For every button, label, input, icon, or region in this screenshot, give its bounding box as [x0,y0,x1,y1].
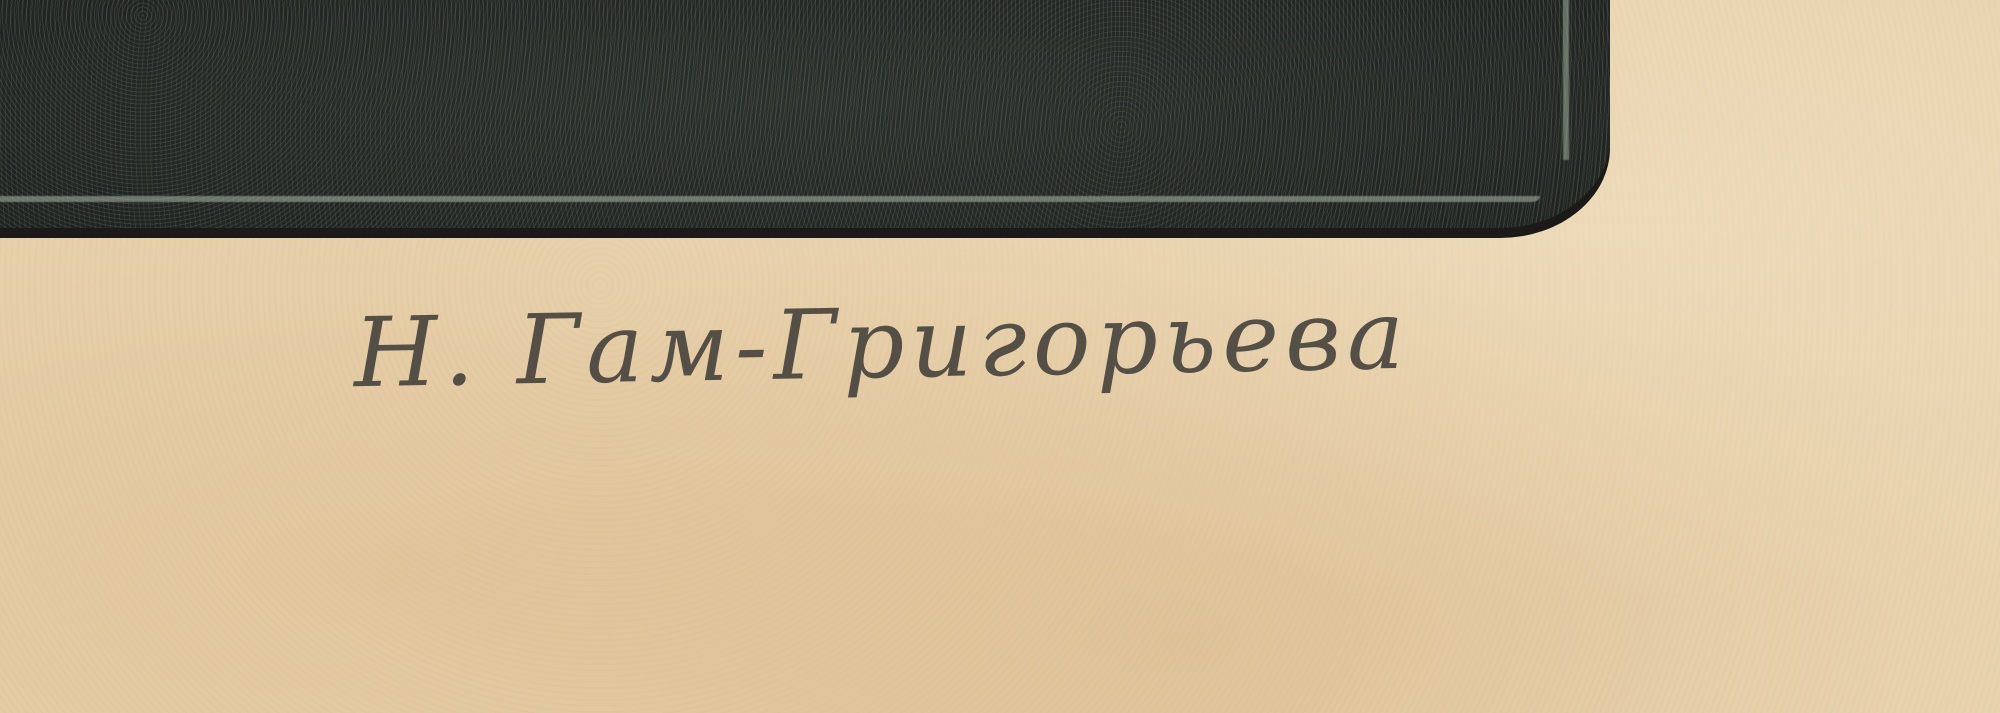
print-border-line [0,196,1540,202]
printed-image-area [0,0,1610,238]
artist-signature: Н. Гам-Григорьева [353,273,1757,557]
print-border-line-vertical [1563,0,1569,160]
